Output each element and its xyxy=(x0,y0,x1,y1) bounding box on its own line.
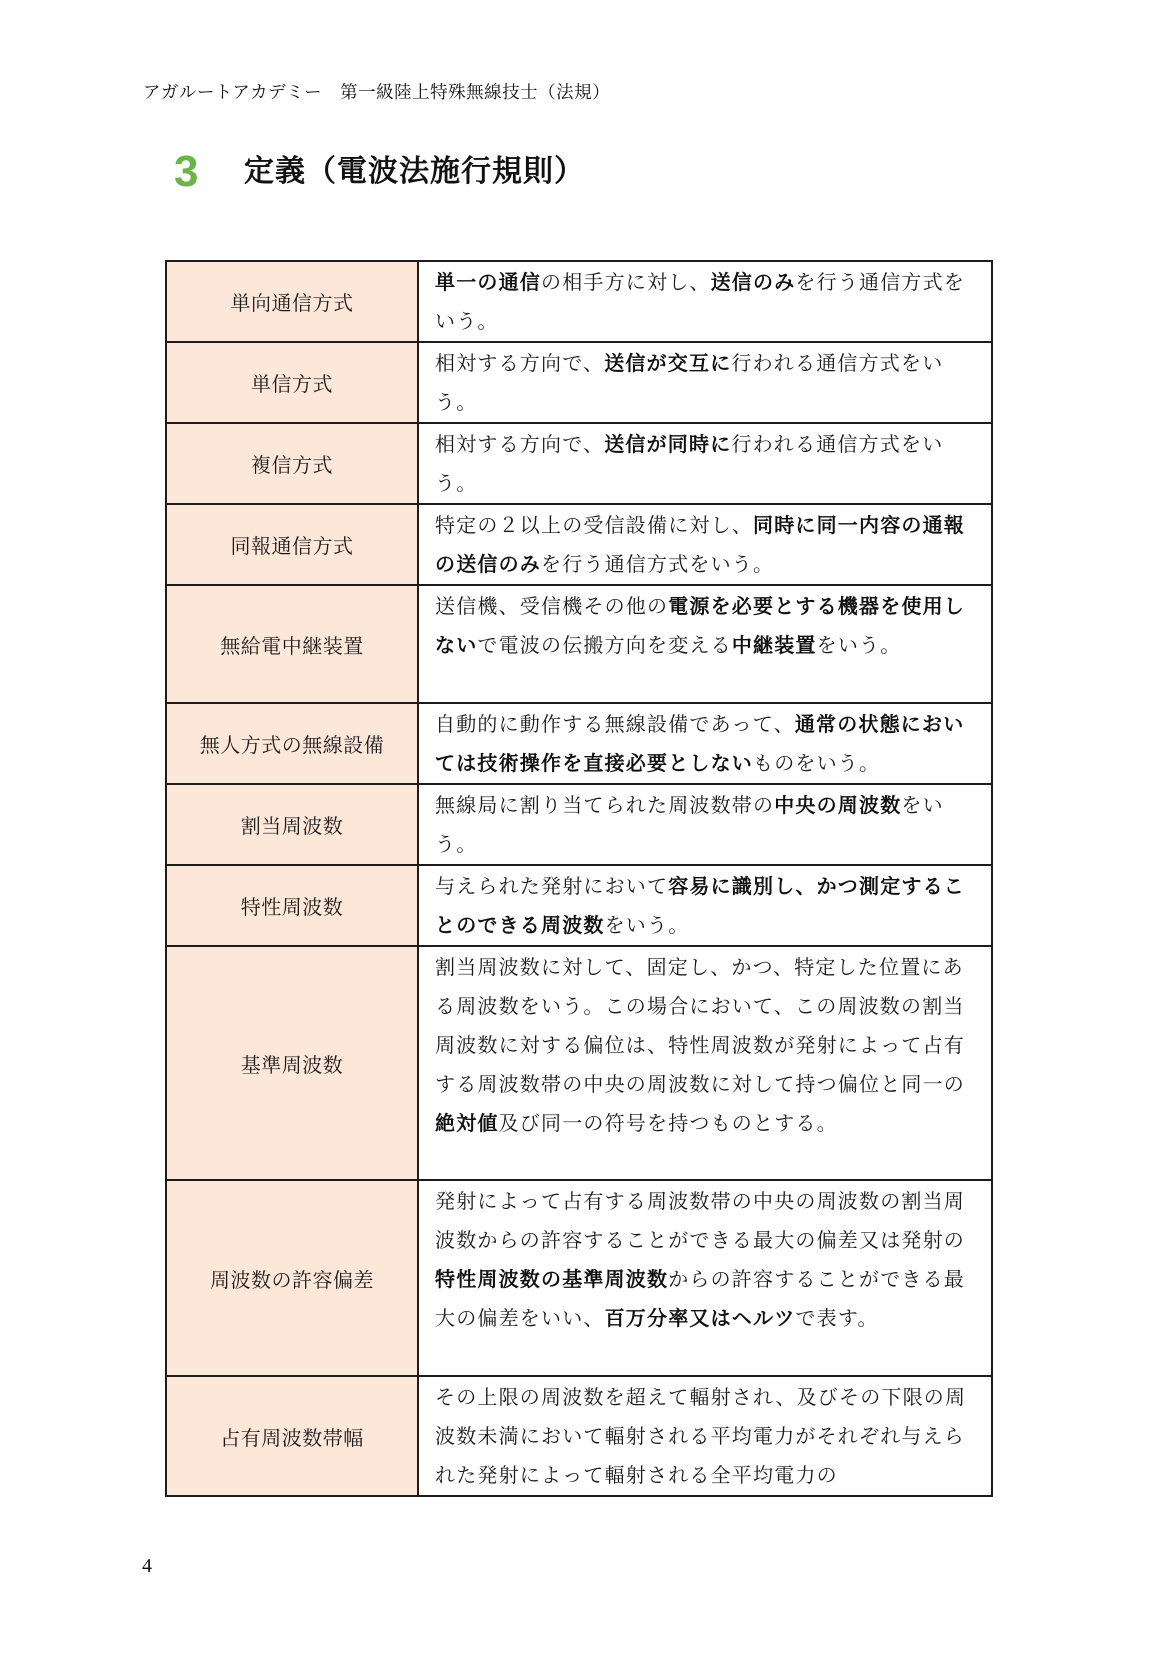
emphasized-text: 中継装置 xyxy=(732,633,817,657)
table-row: 周波数の許容偏差発射によって占有する周波数帯の中央の周波数の割当周波数からの許容… xyxy=(166,1180,992,1376)
emphasized-text: 特性周波数の基準周波数 xyxy=(435,1267,668,1291)
emphasized-text: 送信が交互に xyxy=(604,351,731,375)
emphasized-text: 単一の通信 xyxy=(435,270,541,294)
term-cell: 複信方式 xyxy=(166,423,418,504)
definition-cell: 送信機、受信機その他の電源を必要とする機器を使用しないで電波の伝搬方向を変える中… xyxy=(418,585,992,703)
term-cell: 無人方式の無線設備 xyxy=(166,703,418,784)
course-title: 第一級陸上特殊無線技士（法規） xyxy=(340,83,610,103)
definition-cell: 自動的に動作する無線設備であって、通常の状態においては技術操作を直接必要としない… xyxy=(418,703,992,784)
definition-text: 与えられた発射において xyxy=(435,874,668,898)
table-row: 無給電中継装置送信機、受信機その他の電源を必要とする機器を使用しないで電波の伝搬… xyxy=(166,585,992,703)
emphasized-text: 送信が同時に xyxy=(604,432,731,456)
definition-cell: 割当周波数に対して、固定し、かつ、特定した位置にある周波数をいう。この場合におい… xyxy=(418,946,992,1180)
definition-text: で表す。 xyxy=(795,1306,878,1330)
term-cell: 単信方式 xyxy=(166,342,418,423)
section-number: 3 xyxy=(174,148,244,196)
definition-cell: 相対する方向で、送信が同時に行われる通信方式をいう。 xyxy=(418,423,992,504)
definitions-table-body: 単向通信方式単一の通信の相手方に対し、送信のみを行う通信方式をいう。単信方式相対… xyxy=(166,261,992,1496)
table-row: 複信方式相対する方向で、送信が同時に行われる通信方式をいう。 xyxy=(166,423,992,504)
term-cell: 周波数の許容偏差 xyxy=(166,1180,418,1376)
definition-cell: 発射によって占有する周波数帯の中央の周波数の割当周波数からの許容することができる… xyxy=(418,1180,992,1376)
definition-text: 発射によって占有する周波数帯の中央の周波数の割当周波数からの許容することができる… xyxy=(435,1189,965,1252)
definitions-table: 単向通信方式単一の通信の相手方に対し、送信のみを行う通信方式をいう。単信方式相対… xyxy=(165,260,993,1497)
definition-cell: 与えられた発射において容易に識別し、かつ測定することのできる周波数をいう。 xyxy=(418,865,992,946)
definition-text: を行う通信方式をいう。 xyxy=(541,552,774,576)
emphasized-text: 送信のみ xyxy=(711,270,796,294)
term-cell: 基準周波数 xyxy=(166,946,418,1180)
emphasized-text: 絶対値 xyxy=(435,1111,499,1135)
running-header: アガルートアカデミー第一級陸上特殊無線技士（法規） xyxy=(143,79,610,104)
term-cell: 特性周波数 xyxy=(166,865,418,946)
definition-cell: 特定の２以上の受信設備に対し、同時に同一内容の通報の送信のみを行う通信方式をいう… xyxy=(418,504,992,585)
term-cell: 無給電中継装置 xyxy=(166,585,418,703)
definition-text: 及び同一の符号を持つものとする。 xyxy=(499,1111,838,1135)
definition-text: で電波の伝搬方向を変える xyxy=(477,633,731,657)
term-cell: 同報通信方式 xyxy=(166,504,418,585)
definition-text: をいう。 xyxy=(817,633,902,657)
publisher-name: アガルートアカデミー xyxy=(143,83,322,103)
emphasized-text: 百万分率又はヘルツ xyxy=(605,1306,796,1330)
term-cell: 占有周波数帯幅 xyxy=(166,1376,418,1496)
definition-text: 特定の２以上の受信設備に対し、 xyxy=(435,513,753,537)
definition-text: をいう。 xyxy=(605,913,690,937)
table-row: 占有周波数帯幅その上限の周波数を超えて輻射され、及びその下限の周波数未満において… xyxy=(166,1376,992,1496)
table-row: 無人方式の無線設備自動的に動作する無線設備であって、通常の状態においては技術操作… xyxy=(166,703,992,784)
section-title: 定義（電波法施行規則） xyxy=(244,148,585,196)
term-cell: 単向通信方式 xyxy=(166,261,418,342)
section-heading: 3 定義（電波法施行規則） xyxy=(174,148,585,196)
definition-cell: その上限の周波数を超えて輻射され、及びその下限の周波数未満において輻射される平均… xyxy=(418,1376,992,1496)
definition-cell: 相対する方向で、送信が交互に行われる通信方式をいう。 xyxy=(418,342,992,423)
definition-text: 相対する方向で、 xyxy=(435,351,604,375)
table-row: 特性周波数与えられた発射において容易に識別し、かつ測定することのできる周波数をい… xyxy=(166,865,992,946)
definition-text: の相手方に対し、 xyxy=(541,270,711,294)
table-row: 同報通信方式特定の２以上の受信設備に対し、同時に同一内容の通報の送信のみを行う通… xyxy=(166,504,992,585)
table-row: 単向通信方式単一の通信の相手方に対し、送信のみを行う通信方式をいう。 xyxy=(166,261,992,342)
table-row: 割当周波数無線局に割り当てられた周波数帯の中央の周波数をいう。 xyxy=(166,784,992,865)
definition-cell: 無線局に割り当てられた周波数帯の中央の周波数をいう。 xyxy=(418,784,992,865)
definition-text: ものをいう。 xyxy=(753,751,880,775)
definition-text: 送信機、受信機その他の xyxy=(435,594,668,618)
definition-text: 自動的に動作する無線設備であって、 xyxy=(435,712,795,736)
definition-text: 無線局に割り当てられた周波数帯の xyxy=(435,793,774,817)
table-row: 基準周波数割当周波数に対して、固定し、かつ、特定した位置にある周波数をいう。この… xyxy=(166,946,992,1180)
definition-text: 割当周波数に対して、固定し、かつ、特定した位置にある周波数をいう。この場合におい… xyxy=(435,955,965,1096)
emphasized-text: 中央の周波数 xyxy=(774,793,901,817)
page-number: 4 xyxy=(142,1555,152,1578)
definition-text: 相対する方向で、 xyxy=(435,432,604,456)
definition-cell: 単一の通信の相手方に対し、送信のみを行う通信方式をいう。 xyxy=(418,261,992,342)
table-row: 単信方式相対する方向で、送信が交互に行われる通信方式をいう。 xyxy=(166,342,992,423)
term-cell: 割当周波数 xyxy=(166,784,418,865)
definition-text: その上限の周波数を超えて輻射され、及びその下限の周波数未満において輻射される平均… xyxy=(435,1385,966,1487)
